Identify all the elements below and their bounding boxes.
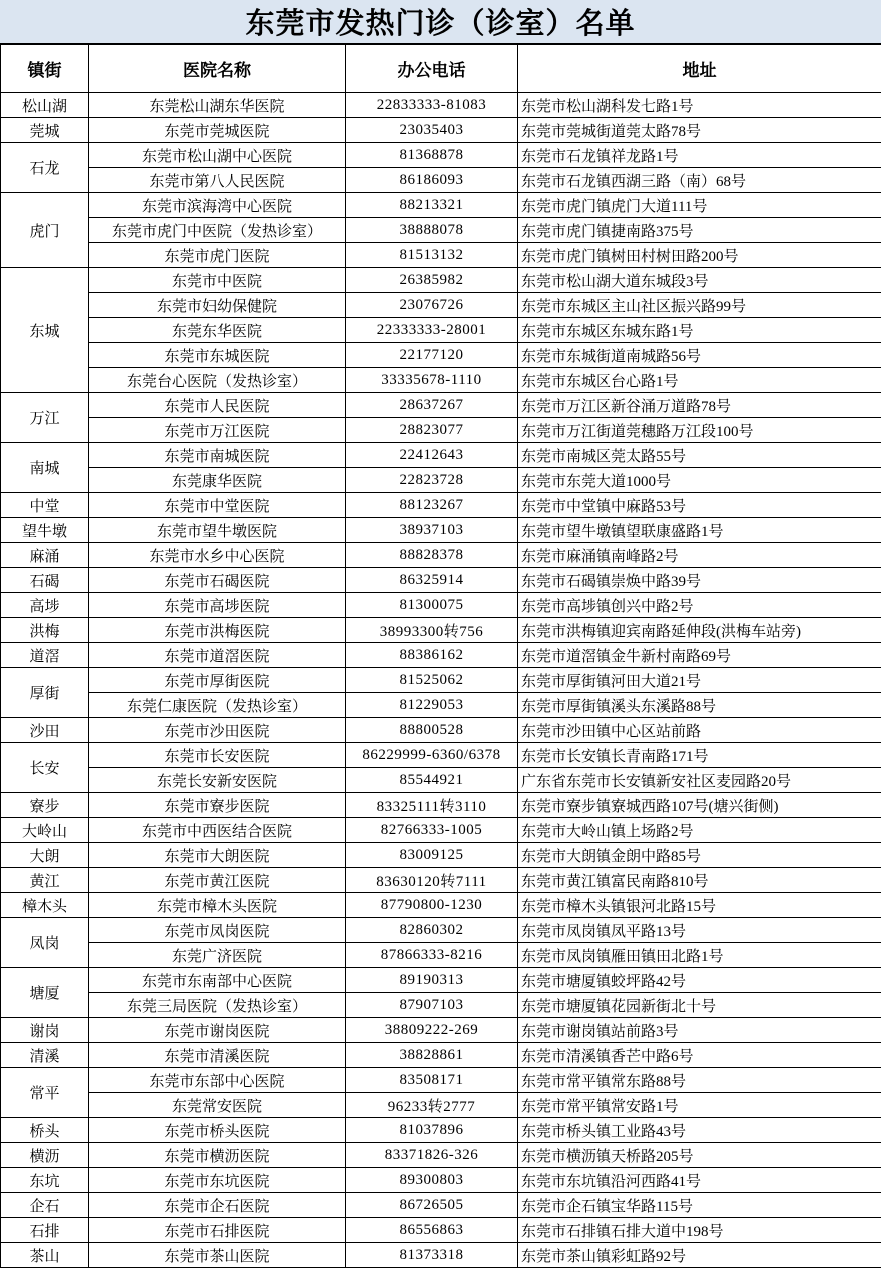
- address-cell: 东莞市望牛墩镇望联康盛路1号: [518, 518, 881, 543]
- phone-cell: 83508171: [346, 1068, 518, 1093]
- col-header-town: 镇街: [1, 45, 89, 93]
- town-cell: 中堂: [1, 493, 89, 518]
- table-row: 谢岗东莞市谢岗医院38809222-269东莞市谢岗镇站前路3号: [1, 1018, 881, 1043]
- address-cell: 东莞市东城区东城东路1号: [518, 318, 881, 343]
- page-title: 东莞市发热门诊（诊室）名单: [245, 1, 635, 42]
- table-row: 南城东莞市南城医院22412643东莞市南城区莞太路55号: [1, 443, 881, 468]
- phone-cell: 96233转2777: [346, 1093, 518, 1118]
- phone-cell: 85544921: [346, 768, 518, 793]
- hospital-name-cell: 东莞东华医院: [89, 318, 346, 343]
- address-cell: 东莞市高埗镇创兴中路2号: [518, 593, 881, 618]
- town-cell: 企石: [1, 1193, 89, 1218]
- town-cell: 厚街: [1, 668, 89, 718]
- town-cell: 长安: [1, 743, 89, 793]
- town-cell: 东城: [1, 268, 89, 393]
- table-row: 东莞广济医院87866333-8216东莞市凤岗镇雁田镇田北路1号: [1, 943, 881, 968]
- phone-cell: 38993300转756: [346, 618, 518, 643]
- phone-cell: 83630120转7111: [346, 868, 518, 893]
- hospital-name-cell: 东莞三局医院（发热诊室）: [89, 993, 346, 1018]
- hospital-name-cell: 东莞市道滘医院: [89, 643, 346, 668]
- town-cell: 沙田: [1, 718, 89, 743]
- address-cell: 东莞市塘厦镇蛟坪路42号: [518, 968, 881, 993]
- hospital-name-cell: 东莞市桥头医院: [89, 1118, 346, 1143]
- town-cell: 道滘: [1, 643, 89, 668]
- hospital-name-cell: 东莞仁康医院（发热诊室）: [89, 693, 346, 718]
- table-row: 寮步东莞市寮步医院83325111转3110东莞市寮步镇寮城西路107号(塘兴街…: [1, 793, 881, 818]
- town-cell: 万江: [1, 393, 89, 443]
- address-cell: 东莞市万江街道莞穗路万江段100号: [518, 418, 881, 443]
- hospital-name-cell: 东莞市寮步医院: [89, 793, 346, 818]
- phone-cell: 81373318: [346, 1243, 518, 1268]
- address-cell: 东莞市桥头镇工业路43号: [518, 1118, 881, 1143]
- table-row: 东莞市妇幼保健院23076726东莞市东城区主山社区振兴路99号: [1, 293, 881, 318]
- table-row: 东城东莞市中医院26385982东莞市松山湖大道东城段3号: [1, 268, 881, 293]
- address-cell: 东莞市寮步镇寮城西路107号(塘兴街侧): [518, 793, 881, 818]
- town-cell: 横沥: [1, 1143, 89, 1168]
- address-cell: 东莞市厚街镇河田大道21号: [518, 668, 881, 693]
- hospital-name-cell: 东莞市中西医结合医院: [89, 818, 346, 843]
- phone-cell: 22833333-81083: [346, 93, 518, 118]
- address-cell: 东莞市厚街镇溪头东溪路88号: [518, 693, 881, 718]
- hospital-name-cell: 东莞市企石医院: [89, 1193, 346, 1218]
- table-row: 虎门东莞市滨海湾中心医院88213321东莞市虎门镇虎门大道111号: [1, 193, 881, 218]
- town-cell: 望牛墩: [1, 518, 89, 543]
- address-cell: 东莞市清溪镇香芒中路6号: [518, 1043, 881, 1068]
- table-row: 高埗东莞市高埗医院81300075东莞市高埗镇创兴中路2号: [1, 593, 881, 618]
- town-cell: 莞城: [1, 118, 89, 143]
- table-row: 东坑东莞市东坑医院89300803东莞市东坑镇沿河西路41号: [1, 1168, 881, 1193]
- table-row: 东莞仁康医院（发热诊室）81229053东莞市厚街镇溪头东溪路88号: [1, 693, 881, 718]
- hospital-name-cell: 东莞市谢岗医院: [89, 1018, 346, 1043]
- hospital-name-cell: 东莞市石碣医院: [89, 568, 346, 593]
- address-cell: 东莞市横沥镇天桥路205号: [518, 1143, 881, 1168]
- table-row: 东莞市虎门中医院（发热诊室）38888078东莞市虎门镇捷南路375号: [1, 218, 881, 243]
- town-cell: 凤岗: [1, 918, 89, 968]
- town-cell: 石碣: [1, 568, 89, 593]
- phone-cell: 88213321: [346, 193, 518, 218]
- hospital-name-cell: 东莞市东南部中心医院: [89, 968, 346, 993]
- address-cell: 东莞市长安镇长青南路171号: [518, 743, 881, 768]
- table-row: 麻涌东莞市水乡中心医院88828378东莞市麻涌镇南峰路2号: [1, 543, 881, 568]
- address-cell: 东莞市东莞大道1000号: [518, 468, 881, 493]
- phone-cell: 38809222-269: [346, 1018, 518, 1043]
- hospital-name-cell: 东莞市虎门医院: [89, 243, 346, 268]
- town-cell: 虎门: [1, 193, 89, 268]
- phone-cell: 23076726: [346, 293, 518, 318]
- town-cell: 石龙: [1, 143, 89, 193]
- town-cell: 松山湖: [1, 93, 89, 118]
- hospital-name-cell: 东莞市沙田医院: [89, 718, 346, 743]
- table-row: 万江东莞市人民医院28637267东莞市万江区新谷涌万道路78号: [1, 393, 881, 418]
- phone-cell: 28823077: [346, 418, 518, 443]
- address-cell: 东莞市凤岗镇凤平路13号: [518, 918, 881, 943]
- hospital-name-cell: 东莞松山湖东华医院: [89, 93, 346, 118]
- table-row: 黄江东莞市黄江医院83630120转7111东莞市黄江镇富民南路810号: [1, 868, 881, 893]
- address-cell: 东莞市松山湖科发七路1号: [518, 93, 881, 118]
- phone-cell: 38888078: [346, 218, 518, 243]
- address-cell: 东莞市大岭山镇上场路2号: [518, 818, 881, 843]
- town-cell: 麻涌: [1, 543, 89, 568]
- town-cell: 樟木头: [1, 893, 89, 918]
- town-cell: 南城: [1, 443, 89, 493]
- phone-cell: 81368878: [346, 143, 518, 168]
- table-row: 东莞市东城医院22177120东莞市东城街道南城路56号: [1, 343, 881, 368]
- address-cell: 东莞市东城街道南城路56号: [518, 343, 881, 368]
- table-body: 松山湖东莞松山湖东华医院22833333-81083东莞市松山湖科发七路1号莞城…: [1, 93, 881, 1268]
- address-cell: 东莞市虎门镇虎门大道111号: [518, 193, 881, 218]
- phone-cell: 86186093: [346, 168, 518, 193]
- hospital-name-cell: 东莞市东部中心医院: [89, 1068, 346, 1093]
- table-row: 清溪东莞市清溪医院38828861东莞市清溪镇香芒中路6号: [1, 1043, 881, 1068]
- table-row: 道滘东莞市道滘医院88386162东莞市道滘镇金牛新村南路69号: [1, 643, 881, 668]
- address-cell: 东莞市石龙镇祥龙路1号: [518, 143, 881, 168]
- phone-cell: 23035403: [346, 118, 518, 143]
- table-row: 石碣东莞市石碣医院86325914东莞市石碣镇崇焕中路39号: [1, 568, 881, 593]
- table-row: 松山湖东莞松山湖东华医院22833333-81083东莞市松山湖科发七路1号: [1, 93, 881, 118]
- phone-cell: 83371826-326: [346, 1143, 518, 1168]
- hospital-name-cell: 东莞市茶山医院: [89, 1243, 346, 1268]
- table-row: 东莞长安新安医院85544921广东省东莞市长安镇新安社区麦园路20号: [1, 768, 881, 793]
- town-cell: 洪梅: [1, 618, 89, 643]
- table-row: 中堂东莞市中堂医院88123267东莞市中堂镇中麻路53号: [1, 493, 881, 518]
- hospital-name-cell: 东莞市高埗医院: [89, 593, 346, 618]
- col-header-address: 地址: [518, 45, 881, 93]
- phone-cell: 22823728: [346, 468, 518, 493]
- town-cell: 茶山: [1, 1243, 89, 1268]
- address-cell: 东莞市凤岗镇雁田镇田北路1号: [518, 943, 881, 968]
- hospital-name-cell: 东莞市南城医院: [89, 443, 346, 468]
- phone-cell: 38937103: [346, 518, 518, 543]
- address-cell: 东莞市石排镇石排大道中198号: [518, 1218, 881, 1243]
- phone-cell: 81229053: [346, 693, 518, 718]
- hospital-name-cell: 东莞市妇幼保健院: [89, 293, 346, 318]
- table-row: 东莞常安医院96233转2777东莞市常平镇常安路1号: [1, 1093, 881, 1118]
- table-row: 樟木头东莞市樟木头医院87790800-1230东莞市樟木头镇银河北路15号: [1, 893, 881, 918]
- phone-cell: 82766333-1005: [346, 818, 518, 843]
- phone-cell: 38828861: [346, 1043, 518, 1068]
- hospital-name-cell: 东莞市松山湖中心医院: [89, 143, 346, 168]
- phone-cell: 28637267: [346, 393, 518, 418]
- address-cell: 东莞市常平镇常安路1号: [518, 1093, 881, 1118]
- phone-cell: 87907103: [346, 993, 518, 1018]
- address-cell: 东莞市虎门镇捷南路375号: [518, 218, 881, 243]
- phone-cell: 89300803: [346, 1168, 518, 1193]
- hospital-name-cell: 东莞市石排医院: [89, 1218, 346, 1243]
- table-row: 企石东莞市企石医院86726505东莞市企石镇宝华路115号: [1, 1193, 881, 1218]
- address-cell: 东莞市莞城街道莞太路78号: [518, 118, 881, 143]
- table-row: 洪梅东莞市洪梅医院38993300转756东莞市洪梅镇迎宾南路延伸段(洪梅车站旁…: [1, 618, 881, 643]
- hospital-name-cell: 东莞市大朗医院: [89, 843, 346, 868]
- table-row: 茶山东莞市茶山医院81373318东莞市茶山镇彩虹路92号: [1, 1243, 881, 1268]
- address-cell: 东莞市万江区新谷涌万道路78号: [518, 393, 881, 418]
- phone-cell: 86229999-6360/6378: [346, 743, 518, 768]
- hospital-name-cell: 东莞市东坑医院: [89, 1168, 346, 1193]
- address-cell: 东莞市东城区台心路1号: [518, 368, 881, 393]
- hospital-name-cell: 东莞市望牛墩医院: [89, 518, 346, 543]
- phone-cell: 22412643: [346, 443, 518, 468]
- town-cell: 桥头: [1, 1118, 89, 1143]
- hospital-name-cell: 东莞广济医院: [89, 943, 346, 968]
- hospital-name-cell: 东莞市凤岗医院: [89, 918, 346, 943]
- table-row: 塘厦东莞市东南部中心医院89190313东莞市塘厦镇蛟坪路42号: [1, 968, 881, 993]
- address-cell: 东莞市东城区主山社区振兴路99号: [518, 293, 881, 318]
- table-row: 东莞东华医院22333333-28001东莞市东城区东城东路1号: [1, 318, 881, 343]
- table-row: 石龙东莞市松山湖中心医院81368878东莞市石龙镇祥龙路1号: [1, 143, 881, 168]
- town-cell: 常平: [1, 1068, 89, 1118]
- col-header-hospital: 医院名称: [89, 45, 346, 93]
- town-cell: 清溪: [1, 1043, 89, 1068]
- table-row: 横沥东莞市横沥医院83371826-326东莞市横沥镇天桥路205号: [1, 1143, 881, 1168]
- title-band: 东莞市发热门诊（诊室）名单: [0, 0, 881, 44]
- hospital-name-cell: 东莞台心医院（发热诊室）: [89, 368, 346, 393]
- phone-cell: 88123267: [346, 493, 518, 518]
- phone-cell: 87790800-1230: [346, 893, 518, 918]
- hospital-name-cell: 东莞市中堂医院: [89, 493, 346, 518]
- town-cell: 寮步: [1, 793, 89, 818]
- table-row: 东莞三局医院（发热诊室）87907103东莞市塘厦镇花园新街北十号: [1, 993, 881, 1018]
- hospital-name-cell: 东莞市滨海湾中心医院: [89, 193, 346, 218]
- address-cell: 东莞市石龙镇西湖三路（南）68号: [518, 168, 881, 193]
- address-cell: 东莞市道滘镇金牛新村南路69号: [518, 643, 881, 668]
- address-cell: 东莞市茶山镇彩虹路92号: [518, 1243, 881, 1268]
- hospital-name-cell: 东莞市横沥医院: [89, 1143, 346, 1168]
- table-row: 桥头东莞市桥头医院81037896东莞市桥头镇工业路43号: [1, 1118, 881, 1143]
- address-cell: 东莞市企石镇宝华路115号: [518, 1193, 881, 1218]
- phone-cell: 83009125: [346, 843, 518, 868]
- phone-cell: 86325914: [346, 568, 518, 593]
- table-row: 望牛墩东莞市望牛墩医院38937103东莞市望牛墩镇望联康盛路1号: [1, 518, 881, 543]
- address-cell: 东莞市石碣镇崇焕中路39号: [518, 568, 881, 593]
- address-cell: 东莞市松山湖大道东城段3号: [518, 268, 881, 293]
- phone-cell: 86726505: [346, 1193, 518, 1218]
- hospital-name-cell: 东莞市人民医院: [89, 393, 346, 418]
- phone-cell: 26385982: [346, 268, 518, 293]
- col-header-phone: 办公电话: [346, 45, 518, 93]
- phone-cell: 81525062: [346, 668, 518, 693]
- address-cell: 东莞市沙田镇中心区站前路: [518, 718, 881, 743]
- hospital-name-cell: 东莞市樟木头医院: [89, 893, 346, 918]
- town-cell: 大朗: [1, 843, 89, 868]
- table-row: 凤岗东莞市凤岗医院82860302东莞市凤岗镇凤平路13号: [1, 918, 881, 943]
- address-cell: 东莞市常平镇常东路88号: [518, 1068, 881, 1093]
- town-cell: 塘厦: [1, 968, 89, 1018]
- phone-cell: 88386162: [346, 643, 518, 668]
- address-cell: 广东省东莞市长安镇新安社区麦园路20号: [518, 768, 881, 793]
- town-cell: 高埗: [1, 593, 89, 618]
- phone-cell: 22333333-28001: [346, 318, 518, 343]
- hospital-name-cell: 东莞市厚街医院: [89, 668, 346, 693]
- hospital-name-cell: 东莞市虎门中医院（发热诊室）: [89, 218, 346, 243]
- phone-cell: 33335678-1110: [346, 368, 518, 393]
- table-row: 大朗东莞市大朗医院83009125东莞市大朗镇金朗中路85号: [1, 843, 881, 868]
- table-row: 石排东莞市石排医院86556863东莞市石排镇石排大道中198号: [1, 1218, 881, 1243]
- header-row: 镇街 医院名称 办公电话 地址: [1, 45, 881, 93]
- address-cell: 东莞市麻涌镇南峰路2号: [518, 543, 881, 568]
- town-cell: 石排: [1, 1218, 89, 1243]
- hospital-name-cell: 东莞长安新安医院: [89, 768, 346, 793]
- phone-cell: 88800528: [346, 718, 518, 743]
- phone-cell: 81300075: [346, 593, 518, 618]
- table-row: 东莞市万江医院28823077东莞市万江街道莞穗路万江段100号: [1, 418, 881, 443]
- hospital-name-cell: 东莞市洪梅医院: [89, 618, 346, 643]
- address-cell: 东莞市虎门镇树田村树田路200号: [518, 243, 881, 268]
- address-cell: 东莞市洪梅镇迎宾南路延伸段(洪梅车站旁): [518, 618, 881, 643]
- hospital-name-cell: 东莞市万江医院: [89, 418, 346, 443]
- table-row: 莞城东莞市莞城医院23035403东莞市莞城街道莞太路78号: [1, 118, 881, 143]
- town-cell: 黄江: [1, 868, 89, 893]
- address-cell: 东莞市南城区莞太路55号: [518, 443, 881, 468]
- hospital-name-cell: 东莞市水乡中心医院: [89, 543, 346, 568]
- town-cell: 东坑: [1, 1168, 89, 1193]
- table-header: 镇街 医院名称 办公电话 地址: [1, 45, 881, 93]
- phone-cell: 83325111转3110: [346, 793, 518, 818]
- table-row: 东莞市第八人民医院86186093东莞市石龙镇西湖三路（南）68号: [1, 168, 881, 193]
- town-cell: 大岭山: [1, 818, 89, 843]
- address-cell: 东莞市塘厦镇花园新街北十号: [518, 993, 881, 1018]
- hospital-name-cell: 东莞市清溪医院: [89, 1043, 346, 1068]
- table-row: 厚街东莞市厚街医院81525062东莞市厚街镇河田大道21号: [1, 668, 881, 693]
- table-row: 东莞市虎门医院81513132东莞市虎门镇树田村树田路200号: [1, 243, 881, 268]
- phone-cell: 22177120: [346, 343, 518, 368]
- fever-clinic-sheet: 东莞市发热门诊（诊室）名单 镇街 医院名称 办公电话 地址 松山湖东莞松山湖东华…: [0, 0, 881, 1274]
- table-row: 沙田东莞市沙田医院88800528东莞市沙田镇中心区站前路: [1, 718, 881, 743]
- hospital-name-cell: 东莞康华医院: [89, 468, 346, 493]
- town-cell: 谢岗: [1, 1018, 89, 1043]
- address-cell: 东莞市大朗镇金朗中路85号: [518, 843, 881, 868]
- address-cell: 东莞市黄江镇富民南路810号: [518, 868, 881, 893]
- hospital-name-cell: 东莞市长安医院: [89, 743, 346, 768]
- table-row: 常平东莞市东部中心医院83508171东莞市常平镇常东路88号: [1, 1068, 881, 1093]
- phone-cell: 88828378: [346, 543, 518, 568]
- phone-cell: 86556863: [346, 1218, 518, 1243]
- table-row: 大岭山东莞市中西医结合医院82766333-1005东莞市大岭山镇上场路2号: [1, 818, 881, 843]
- hospital-name-cell: 东莞市莞城医院: [89, 118, 346, 143]
- table-row: 东莞台心医院（发热诊室）33335678-1110东莞市东城区台心路1号: [1, 368, 881, 393]
- address-cell: 东莞市谢岗镇站前路3号: [518, 1018, 881, 1043]
- address-cell: 东莞市樟木头镇银河北路15号: [518, 893, 881, 918]
- phone-cell: 82860302: [346, 918, 518, 943]
- address-cell: 东莞市东坑镇沿河西路41号: [518, 1168, 881, 1193]
- phone-cell: 81513132: [346, 243, 518, 268]
- clinic-table: 镇街 医院名称 办公电话 地址 松山湖东莞松山湖东华医院22833333-810…: [0, 44, 881, 1268]
- hospital-name-cell: 东莞常安医院: [89, 1093, 346, 1118]
- table-row: 长安东莞市长安医院86229999-6360/6378东莞市长安镇长青南路171…: [1, 743, 881, 768]
- phone-cell: 87866333-8216: [346, 943, 518, 968]
- hospital-name-cell: 东莞市黄江医院: [89, 868, 346, 893]
- phone-cell: 81037896: [346, 1118, 518, 1143]
- hospital-name-cell: 东莞市中医院: [89, 268, 346, 293]
- table-row: 东莞康华医院22823728东莞市东莞大道1000号: [1, 468, 881, 493]
- hospital-name-cell: 东莞市东城医院: [89, 343, 346, 368]
- phone-cell: 89190313: [346, 968, 518, 993]
- hospital-name-cell: 东莞市第八人民医院: [89, 168, 346, 193]
- address-cell: 东莞市中堂镇中麻路53号: [518, 493, 881, 518]
